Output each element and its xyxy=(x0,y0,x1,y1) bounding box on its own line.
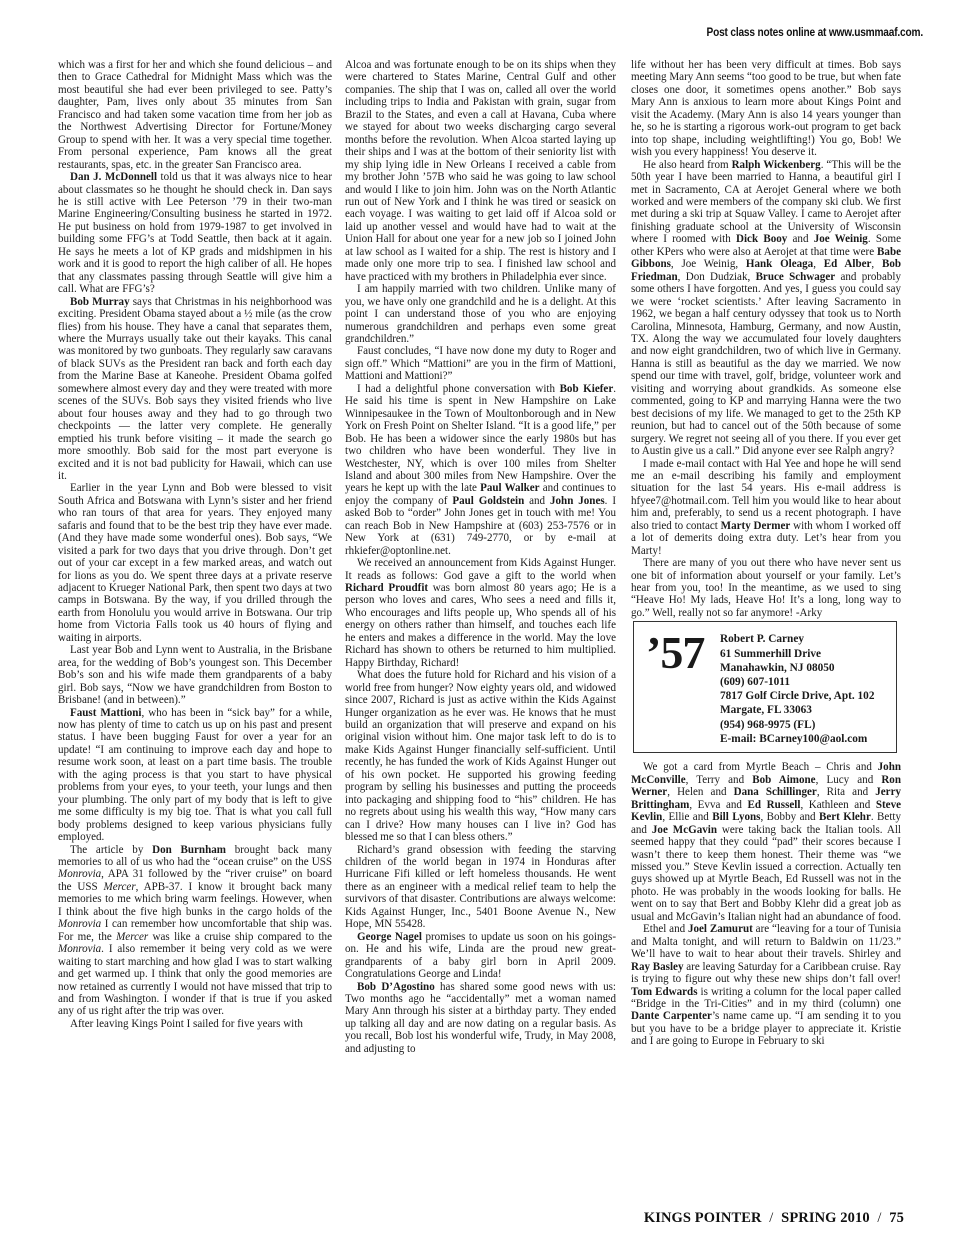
column-2: Alcoa and was fortunate enough to be on … xyxy=(345,59,616,1055)
article-paragraph: life without her has been very difficult… xyxy=(631,59,901,159)
footer-separator: / xyxy=(877,1210,881,1226)
phone-line: (954) 968-9975 (FL) xyxy=(720,718,874,732)
article-paragraph: After leaving Kings Point I sailed for f… xyxy=(58,1018,332,1030)
article-paragraph: Ethel and Joel Zamurut are “leaving for … xyxy=(631,923,901,1048)
page-number: 75 xyxy=(889,1210,904,1226)
article-paragraph: Dan J. McDonnell told us that it was alw… xyxy=(58,171,332,296)
ship-name: Monrovia xyxy=(58,868,101,880)
column-3: life without her has been very difficult… xyxy=(631,59,901,1048)
ship-name: Monrovia xyxy=(58,943,101,955)
secretary-name: Robert P. Carney xyxy=(720,632,874,646)
address-line: Manahawkin, NJ 08050 xyxy=(720,661,874,675)
classmate-name: Bruce Schwager xyxy=(756,271,836,283)
page-footer: KINGS POINTER / SPRING 2010 / 75 xyxy=(644,1210,904,1227)
classmate-name: Faust Mattioni xyxy=(70,707,142,719)
classmate-name: Paul Goldstein xyxy=(452,495,524,507)
classmate-name: Dan J. McDonnell xyxy=(70,171,157,183)
classmate-name: Bert Klehr xyxy=(819,811,871,823)
article-paragraph: Last year Bob and Lynn went to Australia… xyxy=(58,644,332,706)
address-line: 61 Summerhill Drive xyxy=(720,647,874,661)
article-paragraph: Faust concludes, “I have now done my dut… xyxy=(345,345,616,382)
classmate-name: Bob Aimone xyxy=(752,774,815,786)
classmate-name: George Nagel xyxy=(357,931,422,943)
classmate-name: Ray Basley xyxy=(631,961,683,973)
article-paragraph: Faust Mattioni, who has been in “sick ba… xyxy=(58,707,332,844)
class-contact-box: ’57 Robert P. Carney 61 Summerhill Drive… xyxy=(633,621,897,753)
email-line: E-mail: BCarney100@aol.com xyxy=(720,732,874,746)
ship-name: Mercer xyxy=(104,881,136,893)
classmate-name: Hank Oleaga xyxy=(746,258,813,270)
classmate-name: Dick Booy xyxy=(736,233,787,245)
article-paragraph: Richard’s grand obsession with feeding t… xyxy=(345,844,616,931)
address-line: Margate, FL 33063 xyxy=(720,703,874,717)
classmate-name: Joel Zamurut xyxy=(688,923,753,935)
phone-line: (609) 607-1011 xyxy=(720,675,874,689)
article-paragraph: The article by Don Burnham brought back … xyxy=(58,844,332,1018)
classmate-name: Dante Carpenter xyxy=(631,1010,712,1022)
classmate-name: Paul Walker xyxy=(480,482,539,494)
classmate-name: Bob Kiefer xyxy=(560,383,614,395)
classmate-name: Richard Proudfit xyxy=(345,582,428,594)
publication-name: KINGS POINTER xyxy=(644,1210,762,1226)
classmate-name: Tom Edwards xyxy=(631,986,698,998)
column-1: which was a first for her and which she … xyxy=(58,59,332,1030)
class-year: ’57 xyxy=(646,630,704,676)
classmate-name: Bob D’Agostino xyxy=(357,981,435,993)
article-paragraph: Bob D’Agostino has shared some good news… xyxy=(345,981,616,1056)
address-line: 7817 Golf Circle Drive, Apt. 102 xyxy=(720,689,874,703)
classmate-name: Ralph Wickenberg xyxy=(732,159,821,171)
article-paragraph: He also heard from Ralph Wickenberg. “Th… xyxy=(631,159,901,458)
article-paragraph: Bob Murray says that Christmas in his ne… xyxy=(58,296,332,483)
article-paragraph: Alcoa and was fortunate enough to be on … xyxy=(345,59,616,283)
ship-name: Mercer xyxy=(116,931,148,943)
classmate-name: Ed Alber xyxy=(824,258,872,270)
classmate-name: Joe McGavin xyxy=(652,824,717,836)
article-paragraph: I had a delightful phone conversation wi… xyxy=(345,383,616,557)
page-header-note: Post class notes online at www.usmmaaf.c… xyxy=(707,27,923,39)
article-paragraph: There are many of you out there who have… xyxy=(631,557,901,619)
article-paragraph: I am happily married with two children. … xyxy=(345,283,616,345)
column-3-bottom: We got a card from Myrtle Beach – Chris … xyxy=(631,761,901,1047)
article-paragraph: which was a first for her and which she … xyxy=(58,59,332,171)
article-paragraph: I made e-mail contact with Hal Yee and h… xyxy=(631,458,901,558)
article-paragraph: What does the future hold for Richard an… xyxy=(345,669,616,843)
article-paragraph: Earlier in the year Lynn and Bob were bl… xyxy=(58,482,332,644)
classmate-name: Ed Russell xyxy=(748,799,801,811)
article-paragraph: George Nagel promises to update us soon … xyxy=(345,931,616,981)
classmate-name: Joe Weinig xyxy=(814,233,868,245)
classmate-name: Don Burnham xyxy=(152,844,226,856)
classmate-name: Bob Murray xyxy=(70,296,130,308)
article-paragraph: We received an announcement from Kids Ag… xyxy=(345,557,616,669)
class-secretary-address: Robert P. Carney 61 Summerhill Drive Man… xyxy=(720,632,874,746)
classmate-name: Bill Lyons xyxy=(712,811,760,823)
column-3-top: life without her has been very difficult… xyxy=(631,59,901,619)
classmate-name: Dana Schillinger xyxy=(734,786,817,798)
classmate-name: John Jones xyxy=(550,495,605,507)
classmate-name: Marty Dermer xyxy=(721,520,791,532)
footer-separator: / xyxy=(769,1210,773,1226)
article-paragraph: We got a card from Myrtle Beach – Chris … xyxy=(631,761,901,923)
issue-label: SPRING 2010 xyxy=(781,1210,870,1226)
ship-name: Monrovia xyxy=(58,918,101,930)
